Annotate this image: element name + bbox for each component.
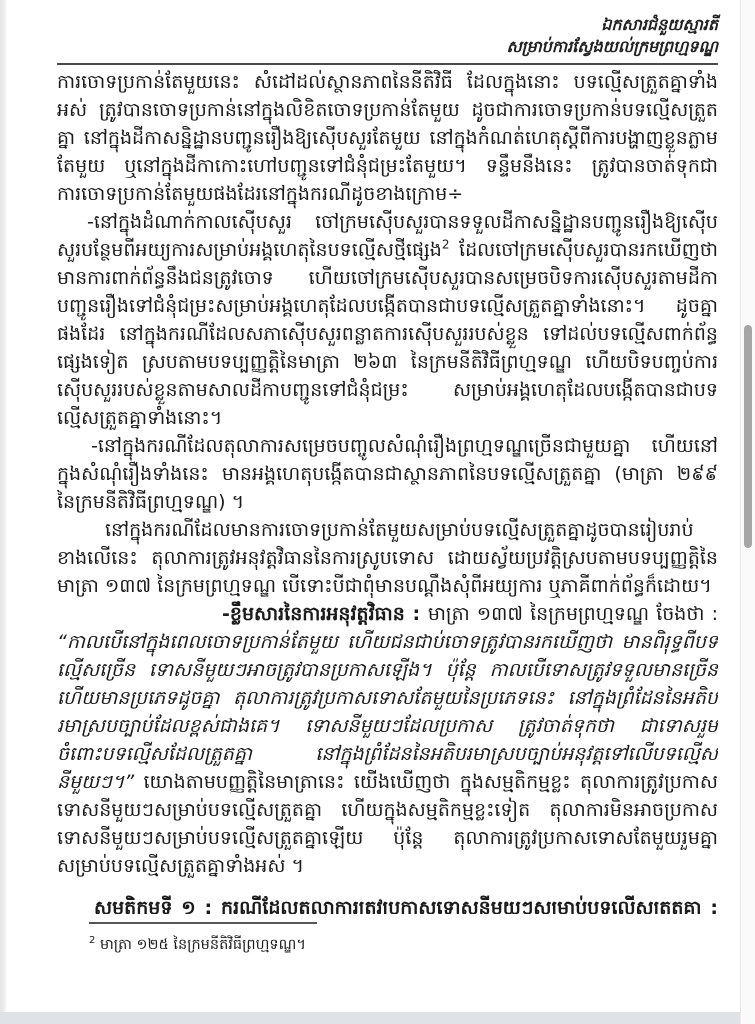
paragraph-5-heading: -ខ្លឹមសារនៃការអនុវត្តវិធាន : bbox=[222, 603, 428, 625]
paragraph-5-commentary: យោងតាមបញ្ញត្តិនៃមាត្រានេះ យើងឃើញថា ក្នុង… bbox=[57, 771, 718, 877]
paragraph-2: -នៅក្នុងដំណាក់កាលស៊ើបសួរ ចៅក្រមស៊ើបសួរបា… bbox=[57, 208, 718, 432]
footnote: 2 មាត្រា ១២៥ នៃក្រមនីតិវិធីព្រហ្មទណ្ឌ។ bbox=[89, 931, 709, 955]
header-line-2: សម្រាប់ការស្វែងយល់ក្រមព្រហ្មទណ្ឌ bbox=[57, 36, 718, 58]
footnote-text: មាត្រា ១២៥ នៃក្រមនីតិវិធីព្រហ្មទណ្ឌ។ bbox=[95, 937, 306, 953]
paragraph-6: សម្មតិកម្មទី ១ : ករណីដែលតុលាការត្រូវប្រក… bbox=[57, 894, 718, 914]
paragraph-3: -នៅក្នុងករណីដែលតុលាការសម្រេចបញ្ចូលសំណុំរ… bbox=[57, 432, 718, 516]
bottom-edge-shadow bbox=[0, 1012, 755, 1024]
scrollbar-thumb[interactable] bbox=[744, 325, 752, 548]
body-text: ការចោទប្រកាន់តែមួយនេះ សំដៅដល់ស្ថានភាពនៃន… bbox=[57, 68, 718, 914]
scrollbar-track[interactable] bbox=[740, 0, 755, 1024]
footnote-block: 2 មាត្រា ១២៥ នៃក្រមនីតិវិធីព្រហ្មទណ្ឌ។ bbox=[89, 922, 709, 955]
document-page: ឯកសារជំនួយស្មារតី សម្រាប់ការស្វែងយល់ក្រម… bbox=[6, 0, 740, 1012]
footnote-separator bbox=[89, 922, 317, 924]
paragraph-4: នៅក្នុងករណីដែលមានការចោទប្រកាន់តែមួយសម្រា… bbox=[57, 516, 718, 600]
page-header: ឯកសារជំនួយស្មារតី សម្រាប់ការស្វែងយល់ក្រម… bbox=[57, 14, 718, 58]
paragraph-1: ការចោទប្រកាន់តែមួយនេះ សំដៅដល់ស្ថានភាពនៃន… bbox=[57, 68, 718, 208]
paragraph-2-continued: ដែលចៅក្រមស៊ើបសួរបានរកឃើញថា មានការពាក់ព័ន… bbox=[57, 239, 718, 429]
paragraph-6-heading: សម្មតិកម្មទី ១ : ករណីដែលតុលាការត្រូវប្រក… bbox=[94, 897, 718, 914]
document-viewer: ឯកសារជំនួយស្មារតី សម្រាប់ការស្វែងយល់ក្រម… bbox=[0, 0, 755, 1024]
header-line-1: ឯកសារជំនួយស្មារតី bbox=[57, 14, 718, 36]
paragraph-5: -ខ្លឹមសារនៃការអនុវត្តវិធាន : មាត្រា ១៣៧ … bbox=[57, 600, 718, 880]
header-rule bbox=[57, 63, 718, 65]
paragraph-5-intro: មាត្រា ១៣៧ នៃក្រមព្រហ្មទណ្ឌ ចែងថា : bbox=[428, 603, 718, 625]
paragraph-5-quote: “កាលបើនៅក្នុងពេលចោទប្រកាន់តែមួយ ហើយជនជាប… bbox=[57, 631, 718, 793]
